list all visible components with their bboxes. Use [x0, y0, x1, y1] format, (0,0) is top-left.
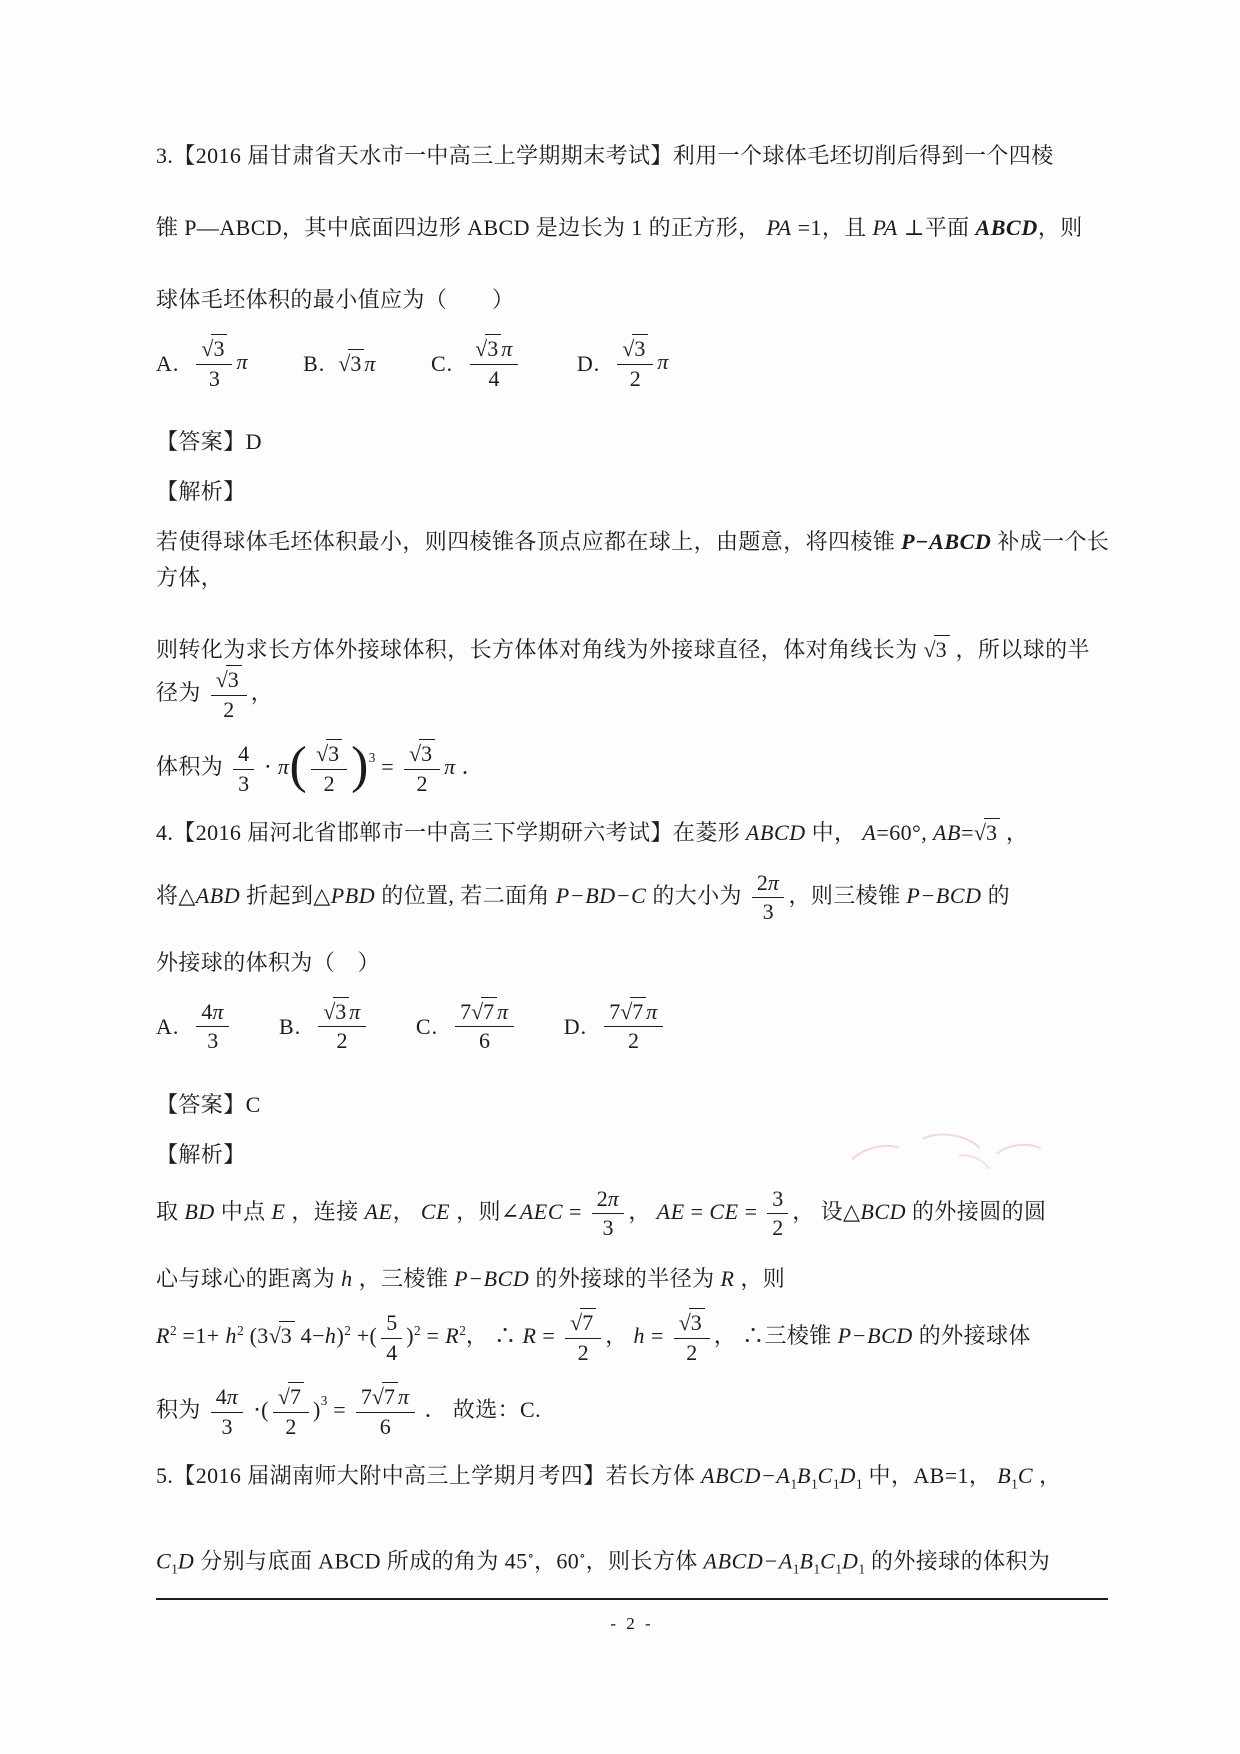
sqrt-radical: √3 [924, 637, 950, 662]
problem-4-answer: 【答案】C [156, 1087, 1110, 1123]
fraction-numerator: 7√7π [604, 1000, 663, 1028]
math-var: π [212, 999, 224, 1024]
problem-3-solution-line-1: 若使得球体毛坯体积最小，则四棱锥各顶点应都在球上，由题意，将四棱锥 P−ABCD… [156, 524, 1110, 596]
problem-3-line-2: 锥 P—ABCD，其中底面四边形 ABCD 是边长为 1 的正方形， PA =1… [156, 210, 1110, 246]
math-var: PA [766, 215, 791, 240]
math-var: PA [873, 215, 898, 240]
sqrt-radical: √3 [622, 336, 648, 361]
fraction-denominator: 3 [238, 770, 249, 797]
subscript: 1 [858, 1562, 865, 1577]
option-value: √3π4 [466, 337, 522, 391]
fraction-denominator: 2 [772, 1214, 783, 1241]
math-var: C [156, 1548, 171, 1573]
sqrt-radical: √3 [409, 741, 435, 766]
option-B: B.√3π2 [279, 1000, 370, 1054]
sqrt-radical: √7 [372, 1384, 398, 1409]
math-var: h [325, 1323, 337, 1348]
fraction-numerator: √3 [311, 742, 347, 770]
option-value: 4π3 [192, 1000, 233, 1054]
superscript: ∘ [579, 1548, 585, 1563]
radicand: 3 [934, 635, 950, 662]
math-fraction: √32 [211, 668, 247, 722]
problem-4-options: A.4π3B.√3π2C.7√7π6D.7√7π2 [156, 995, 1110, 1059]
sqrt-radical: √3 [974, 820, 1000, 845]
math-var: ABD [196, 883, 241, 908]
math-fraction: √72 [565, 1311, 601, 1365]
option-value: 7√7π2 [600, 1000, 667, 1054]
radicand: 3 [333, 997, 349, 1024]
fraction-numerator: √3 [211, 668, 247, 696]
superscript: 2 [344, 1323, 351, 1338]
fraction-denominator: 2 [628, 1027, 639, 1054]
math-var-bold: ABCD [976, 215, 1038, 240]
option-label: C. [431, 351, 453, 377]
math-var: P−BCD [838, 1323, 913, 1348]
math-fraction: √33 [196, 337, 232, 391]
problem-3-solution-line-2: 则转化为求长方体外接球体积，长方体体对角线为外接球直径，体对角线长为 √3 ，所… [156, 632, 1110, 722]
fraction-denominator: 2 [285, 1413, 296, 1440]
fraction-denominator: 2 [630, 365, 641, 392]
fraction-numerator: 4π [196, 1000, 229, 1028]
superscript: 3 [369, 750, 376, 765]
fraction-numerator: 5 [381, 1311, 402, 1339]
radicand: 3 [419, 739, 435, 766]
fraction-numerator: 4π [211, 1385, 244, 1413]
math-var: B [997, 1463, 1011, 1488]
fraction-denominator: 3 [763, 898, 774, 925]
math-var: π [227, 1384, 239, 1409]
radicand: 7 [630, 997, 646, 1024]
superscript: ∘ [528, 1548, 534, 1563]
option-C: C.7√7π6 [416, 1000, 518, 1054]
problem-4-solution-line-1: 取 BD 中点 E ，连接 AE， CE ，则∠AEC = 2π3， AE = … [156, 1187, 1110, 1241]
superscript: 3 [321, 1393, 328, 1408]
problem-4-solution-formula-1: R2 =1+ h2 (3√3 4−h)2 +(54)2 = R2， ∴ R = … [156, 1311, 1110, 1365]
math-var: π [497, 999, 509, 1024]
radicand: 7 [481, 997, 497, 1024]
radicand: 3 [485, 334, 501, 361]
option-D: D.7√7π2 [564, 1000, 667, 1054]
option-C: C.√3π4 [431, 337, 522, 391]
problem-4-solution-formula-2: 积为 4π3 ⋅(√72)3 = 7√7π6 ． 故选：C. [156, 1385, 1110, 1439]
fraction-numerator: √3π [470, 337, 518, 365]
math-var: π [349, 999, 361, 1024]
option-A: A.4π3 [156, 1000, 233, 1054]
problem-4-solution-line-2: 心与球心的距离为 h ，三棱锥 P−BCD 的外接球的半径为 R ，则 [156, 1261, 1110, 1297]
radicand: 3 [226, 665, 242, 692]
math-fraction: √32 [674, 1311, 710, 1365]
fraction-denominator: 2 [324, 770, 335, 797]
math-fraction: √32 [404, 742, 440, 796]
fraction-numerator: √3 [617, 337, 653, 365]
page-footer: - 2 - [156, 1598, 1108, 1634]
problem-3-line-1: 3.【2016 届甘肃省天水市一中高三上学期期末考试】利用一个球体毛坯切削后得到… [156, 138, 1110, 174]
math-var: R [720, 1266, 734, 1291]
math-fraction: 7√7π6 [356, 1385, 415, 1439]
option-label: D. [564, 1014, 587, 1040]
math-fraction: 32 [767, 1187, 788, 1241]
fraction-numerator: 7√7π [356, 1385, 415, 1413]
fraction-numerator: 3 [767, 1187, 788, 1215]
math-fraction: √3π4 [470, 337, 518, 391]
math-var: AB [933, 820, 961, 845]
radicand: 3 [689, 1308, 705, 1335]
option-value: √32π [613, 337, 669, 391]
math-var: h [225, 1323, 237, 1348]
option-value: √3π [338, 351, 376, 377]
fraction-denominator: 3 [209, 365, 220, 392]
math-var: π [364, 351, 376, 376]
math-var: π [501, 336, 513, 361]
math-var: π [657, 349, 669, 374]
math-fraction: 4π3 [211, 1385, 244, 1439]
subscript: 1 [171, 1562, 178, 1577]
option-value: 7√7π6 [451, 1000, 518, 1054]
math-var: AE [657, 1199, 685, 1224]
math-var: ABCD−A [704, 1548, 793, 1573]
math-var: E [271, 1199, 285, 1224]
fraction-numerator: √3 [404, 742, 440, 770]
math-var: BD [184, 1199, 215, 1224]
option-D: D.√32π [577, 337, 669, 391]
problem-4-analysis-label: 【解析】 [156, 1137, 1110, 1173]
math-fraction: √32 [617, 337, 653, 391]
subscript: 1 [833, 1476, 840, 1491]
math-var: CE [709, 1199, 738, 1224]
problem-4-line-2: 将△ABD 折起到△PBD 的位置, 若二面角 P−BD−C 的大小为 2π3，… [156, 871, 1110, 925]
math-var: P−BCD [454, 1266, 529, 1291]
math-var: ABCD−A [701, 1463, 790, 1488]
superscript: 2 [414, 1323, 421, 1338]
radicand: 3 [632, 334, 648, 361]
radicand: 3 [326, 739, 342, 766]
math-var: π [236, 349, 248, 374]
math-var: R [445, 1323, 459, 1348]
sqrt-radical: √3 [201, 336, 227, 361]
fraction-numerator: 4 [233, 742, 254, 770]
math-fraction: √3π2 [318, 1000, 366, 1054]
fraction-numerator: √7 [565, 1311, 601, 1339]
math-var: ABCD [746, 820, 806, 845]
fraction-denominator: 2 [686, 1339, 697, 1366]
big-paren: ) [351, 737, 369, 794]
math-var: D [178, 1548, 195, 1573]
sqrt-radical: √3 [679, 1310, 705, 1335]
math-var: R [156, 1323, 170, 1348]
math-fraction: 2π3 [752, 871, 785, 925]
radicand: 3 [279, 1321, 295, 1348]
option-label: B. [279, 1014, 301, 1040]
math-var: B [799, 1548, 813, 1573]
big-paren: ( [289, 737, 307, 794]
fraction-denominator: 2 [578, 1339, 589, 1366]
superscript: 2 [237, 1323, 244, 1338]
math-fraction: 43 [233, 742, 254, 796]
problem-3-solution-formula: 体积为 43 ⋅ π(√32)3 = √32π ． [156, 742, 1110, 796]
problem-4-line-1: 4.【2016 届河北省邯郸市一中高三下学期研六考试】在菱形 ABCD 中， A… [156, 815, 1110, 851]
sqrt-radical: √7 [471, 999, 497, 1024]
math-var: CE [421, 1199, 450, 1224]
sqrt-radical: √3 [338, 351, 364, 376]
document-body: 3.【2016 届甘肃省天水市一中高三上学期期末考试】利用一个球体毛坯切削后得到… [156, 138, 1110, 1624]
math-fraction: √72 [273, 1385, 309, 1439]
sqrt-radical: √7 [620, 999, 646, 1024]
math-fraction: 2π3 [592, 1187, 625, 1241]
problem-5-line-2: C1D 分别与底面 ABCD 所成的角为 45∘，60∘，则长方体 ABCD−A… [156, 1538, 1110, 1588]
option-value: √3π2 [314, 1000, 370, 1054]
fraction-denominator: 2 [223, 696, 234, 723]
document-page: 3.【2016 届甘肃省天水市一中高三上学期期末考试】利用一个球体毛坯切削后得到… [0, 0, 1240, 1754]
math-var: π [444, 754, 456, 779]
fraction-numerator: 2π [592, 1187, 625, 1215]
subscript: 1 [811, 1476, 818, 1491]
radicand: 7 [580, 1308, 596, 1335]
fraction-numerator: 7√7π [455, 1000, 514, 1028]
fraction-denominator: 3 [207, 1027, 218, 1054]
radicand: 3 [211, 334, 227, 361]
superscript: 2 [459, 1323, 466, 1338]
option-label: A. [156, 1014, 179, 1040]
radicand: 7 [288, 1382, 304, 1409]
sqrt-radical: √7 [570, 1310, 596, 1335]
fraction-denominator: 2 [337, 1027, 348, 1054]
subscript: 1 [835, 1562, 842, 1577]
math-fraction: 7√7π2 [604, 1000, 663, 1054]
fraction-denominator: 3 [222, 1413, 233, 1440]
fraction-numerator: √3π [318, 1000, 366, 1028]
radicand: 3 [984, 818, 1000, 845]
math-var: AE [365, 1199, 393, 1224]
option-label: D. [577, 351, 600, 377]
problem-5-line-1: 5.【2016 届湖南师大附中高三上学期月考四】若长方体 ABCD−A1B1C1… [156, 1458, 1110, 1502]
page-number: - 2 - [156, 1614, 1108, 1634]
sqrt-radical: √3 [269, 1323, 295, 1348]
math-var: BCD [860, 1199, 906, 1224]
radicand: 7 [382, 1382, 398, 1409]
math-fraction: 7√7π6 [455, 1000, 514, 1054]
math-var: B [797, 1463, 811, 1488]
subscript: 1 [856, 1476, 863, 1491]
problem-3-line-3: 球体毛坯体积的最小值应为（ ） [156, 282, 1110, 318]
math-var: D [842, 1548, 859, 1573]
sqrt-radical: √3 [316, 741, 342, 766]
math-var: C [818, 1463, 833, 1488]
math-var: A [862, 820, 876, 845]
sqrt-radical: √3 [216, 667, 242, 692]
math-var: D [840, 1463, 857, 1488]
fraction-denominator: 3 [603, 1214, 614, 1241]
problem-4-line-3: 外接球的体积为（ ） [156, 945, 1110, 981]
subscript: 1 [1011, 1476, 1018, 1491]
footer-divider [156, 1598, 1108, 1600]
sqrt-radical: √7 [278, 1384, 304, 1409]
fraction-numerator: 2π [752, 871, 785, 899]
math-var: π [608, 1186, 620, 1211]
sqrt-radical: √3 [323, 999, 349, 1024]
fraction-denominator: 4 [386, 1339, 397, 1366]
math-var: π [646, 999, 658, 1024]
fraction-numerator: √7 [273, 1385, 309, 1413]
math-var: P−BCD [906, 883, 981, 908]
option-A: A.√33π [156, 337, 248, 391]
fraction-numerator: √3 [196, 337, 232, 365]
fraction-denominator: 6 [380, 1413, 391, 1440]
math-var: h [634, 1323, 646, 1348]
math-fraction: 4π3 [196, 1000, 229, 1054]
radicand: 3 [348, 349, 364, 376]
math-var: C [820, 1548, 835, 1573]
math-var: PBD [331, 883, 376, 908]
math-var: AEC [520, 1199, 563, 1224]
option-value: √33π [192, 337, 248, 391]
math-var: π [768, 870, 780, 895]
superscript: 2 [170, 1323, 177, 1338]
problem-3-answer: 【答案】D [156, 424, 1110, 460]
problem-3-options: A.√33πB.√3πC.√3π4D.√32π [156, 332, 1110, 396]
fraction-denominator: 2 [417, 770, 428, 797]
math-var: π [278, 754, 290, 779]
math-var: h [341, 1266, 353, 1291]
option-label: C. [416, 1014, 438, 1040]
option-B: B.√3π [303, 351, 376, 377]
math-var: R [522, 1323, 536, 1348]
math-fraction: √32 [311, 742, 347, 796]
math-var: P−BD−C [556, 883, 647, 908]
fraction-numerator: √3 [674, 1311, 710, 1339]
fraction-denominator: 4 [489, 365, 500, 392]
math-var-bold: P−ABCD [901, 529, 991, 554]
math-var: C [1018, 1463, 1033, 1488]
sqrt-radical: √3 [475, 336, 501, 361]
math-var: π [398, 1384, 410, 1409]
math-fraction: 54 [381, 1311, 402, 1365]
problem-3-analysis-label: 【解析】 [156, 474, 1110, 510]
option-label: A. [156, 351, 179, 377]
fraction-denominator: 6 [479, 1027, 490, 1054]
option-label: B. [303, 351, 325, 377]
